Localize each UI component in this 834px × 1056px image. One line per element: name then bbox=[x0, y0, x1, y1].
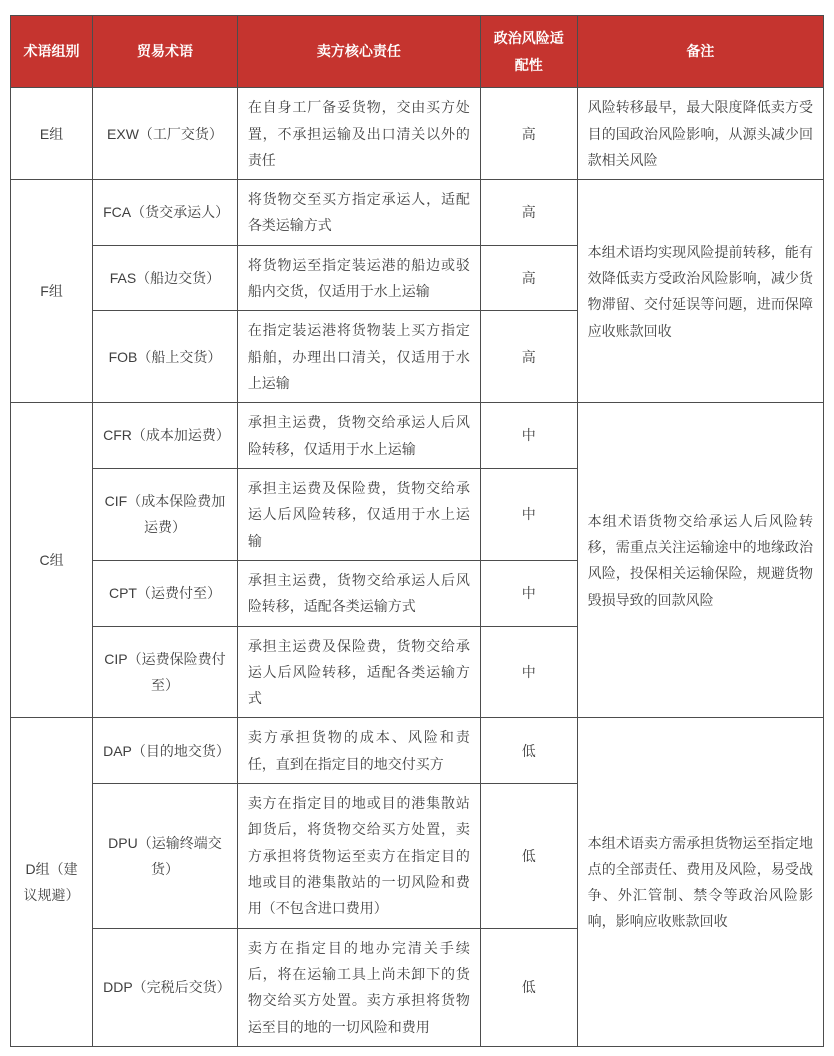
risk-cell-cfr: 中 bbox=[480, 403, 577, 469]
responsibility-cell-fca: 将货物交至买方指定承运人，适配各类运输方式 bbox=[237, 180, 480, 246]
header-cell-term-group: 术语组别 bbox=[11, 16, 93, 88]
table-row-dap: D组（建议规避） DAP（目的地交货） 卖方承担货物的成本、风险和责任，直到在指… bbox=[11, 718, 824, 784]
risk-cell-fas: 高 bbox=[480, 245, 577, 311]
responsibility-cell-dpu: 卖方在指定目的地或目的港集散站卸货后，将货物交给买方处置，卖方承担将货物运至卖方… bbox=[237, 784, 480, 929]
risk-cell-ddp: 低 bbox=[480, 928, 577, 1046]
table-row-exw: E组 EXW（工厂交货） 在自身工厂备妥货物，交由买方处置，不承担运输及出口清关… bbox=[11, 88, 824, 180]
term-cell-fob: FOB（船上交货） bbox=[93, 311, 238, 403]
responsibility-cell-cpt: 承担主运费，货物交给承运人后风险转移，适配各类运输方式 bbox=[237, 560, 480, 626]
term-cell-dpu: DPU（运输终端交货） bbox=[93, 784, 238, 929]
term-cell-cpt: CPT（运费付至） bbox=[93, 560, 238, 626]
group-cell-e: E组 bbox=[11, 88, 93, 180]
responsibility-cell-dap: 卖方承担货物的成本、风险和责任，直到在指定目的地交付买方 bbox=[237, 718, 480, 784]
header-cell-political-risk: 政治风险适配性 bbox=[480, 16, 577, 88]
responsibility-cell-fas: 将货物运至指定装运港的船边或驳船内交货，仅适用于水上运输 bbox=[237, 245, 480, 311]
table-row-cfr: C组 CFR（成本加运费） 承担主运费，货物交给承运人后风险转移，仅适用于水上运… bbox=[11, 403, 824, 469]
note-cell-d-group: 本组术语卖方需承担货物运至指定地点的全部责任、费用及风险，易受战争、外汇管制、禁… bbox=[577, 718, 823, 1046]
header-row: 术语组别 贸易术语 卖方核心责任 政治风险适配性 备注 bbox=[11, 16, 824, 88]
term-cell-exw: EXW（工厂交货） bbox=[93, 88, 238, 180]
group-cell-d: D组（建议规避） bbox=[11, 718, 93, 1046]
header-cell-remarks: 备注 bbox=[577, 16, 823, 88]
risk-cell-dap: 低 bbox=[480, 718, 577, 784]
responsibility-cell-cif: 承担主运费及保险费，货物交给承运人后风险转移，仅适用于水上运输 bbox=[237, 468, 480, 560]
responsibility-cell-cfr: 承担主运费，货物交给承运人后风险转移，仅适用于水上运输 bbox=[237, 403, 480, 469]
header-cell-trade-term: 贸易术语 bbox=[93, 16, 238, 88]
group-cell-f: F组 bbox=[11, 180, 93, 403]
risk-cell-fca: 高 bbox=[480, 180, 577, 246]
table-row-fca: F组 FCA（货交承运人） 将货物交至买方指定承运人，适配各类运输方式 高 本组… bbox=[11, 180, 824, 246]
responsibility-cell-exw: 在自身工厂备妥货物，交由买方处置，不承担运输及出口清关以外的责任 bbox=[237, 88, 480, 180]
term-cell-dap: DAP（目的地交货） bbox=[93, 718, 238, 784]
document-page: 术语组别 贸易术语 卖方核心责任 政治风险适配性 备注 E组 EXW（工厂交货）… bbox=[0, 0, 834, 1056]
note-cell-e-group: 风险转移最早，最大限度降低卖方受目的国政治风险影响，从源头减少回款相关风险 bbox=[577, 88, 823, 180]
term-cell-cfr: CFR（成本加运费） bbox=[93, 403, 238, 469]
group-cell-c: C组 bbox=[11, 403, 93, 718]
risk-cell-cpt: 中 bbox=[480, 560, 577, 626]
term-cell-fas: FAS（船边交货） bbox=[93, 245, 238, 311]
term-cell-cif: CIF（成本保险费加运费） bbox=[93, 468, 238, 560]
risk-cell-cip: 中 bbox=[480, 626, 577, 718]
incoterms-risk-table: 术语组别 贸易术语 卖方核心责任 政治风险适配性 备注 E组 EXW（工厂交货）… bbox=[10, 15, 824, 1047]
term-cell-cip: CIP（运费保险费付至） bbox=[93, 626, 238, 718]
responsibility-cell-cip: 承担主运费及保险费，货物交给承运人后风险转移，适配各类运输方式 bbox=[237, 626, 480, 718]
note-cell-c-group: 本组术语货物交给承运人后风险转移，需重点关注运输途中的地缘政治风险，投保相关运输… bbox=[577, 403, 823, 718]
responsibility-cell-ddp: 卖方在指定目的地办完清关手续后，将在运输工具上尚未卸下的货物交给买方处置。卖方承… bbox=[237, 928, 480, 1046]
risk-cell-cif: 中 bbox=[480, 468, 577, 560]
risk-cell-fob: 高 bbox=[480, 311, 577, 403]
header-cell-seller-responsibility: 卖方核心责任 bbox=[237, 16, 480, 88]
term-cell-ddp: DDP（完税后交货） bbox=[93, 928, 238, 1046]
risk-cell-dpu: 低 bbox=[480, 784, 577, 929]
responsibility-cell-fob: 在指定装运港将货物装上买方指定船舶，办理出口清关，仅适用于水上运输 bbox=[237, 311, 480, 403]
term-cell-fca: FCA（货交承运人） bbox=[93, 180, 238, 246]
note-cell-f-group: 本组术语均实现风险提前转移，能有效降低卖方受政治风险影响，减少货物滞留、交付延误… bbox=[577, 180, 823, 403]
risk-cell-exw: 高 bbox=[480, 88, 577, 180]
